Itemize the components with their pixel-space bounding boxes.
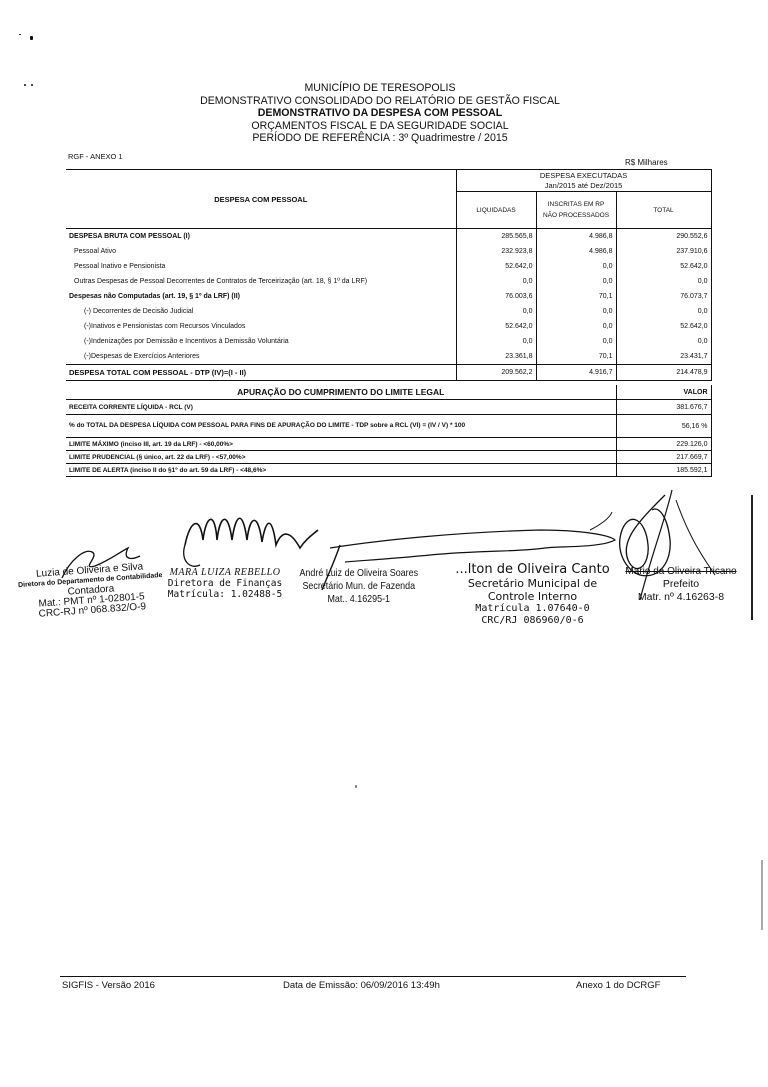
- handwritten-signatures: [0, 0, 768, 1087]
- signature-block-finance-director: MARA LUIZA REBELLO Diretora de Finanças …: [160, 567, 290, 600]
- signatory-registration: Matrícula: 1.02488-5: [160, 589, 290, 600]
- signatory-name: Mario da Oliveira Tricano: [606, 565, 756, 578]
- footer-emission-date: Data de Emissão: 06/09/2016 13:49h: [283, 980, 440, 991]
- signatory-name: André Luiz de Oliveira Soares: [295, 567, 423, 580]
- signatory-name: ...lton de Oliveira Canto: [450, 562, 615, 577]
- signatory-name: MARA LUIZA REBELLO: [160, 567, 290, 578]
- signatory-title: Diretora de Finanças: [160, 578, 290, 589]
- signatory-title: Secretário Mun. de Fazenda: [295, 580, 423, 593]
- signature-block-internal-control: ...lton de Oliveira Canto Secretário Mun…: [450, 562, 615, 627]
- signatory-department: Controle Interno: [450, 590, 615, 603]
- scan-edge: [761, 860, 763, 930]
- signatory-registration: Mat.. 4.16295-1: [295, 593, 423, 606]
- footer-annex: Anexo 1 do DCRGF: [576, 980, 660, 991]
- signature-block-contadora: Luzia de Oliveira e Silva Diretora do De…: [14, 561, 167, 621]
- signatory-title: Secretário Municipal de: [450, 577, 615, 590]
- scan-speck: [355, 785, 357, 788]
- signatory-registration: Matr. nº 4.16263-8: [606, 591, 756, 604]
- signatory-title: Prefeito: [606, 578, 756, 591]
- footer-system-version: SIGFIS - Versão 2016: [62, 980, 155, 991]
- signatory-crc: CRC/RJ 086960/0-6: [450, 615, 615, 627]
- signatory-registration: Matrícula 1.07640-0: [450, 603, 615, 615]
- footer-divider: [60, 976, 686, 977]
- signature-block-finance-secretary: André Luiz de Oliveira Soares Secretário…: [295, 567, 423, 606]
- signature-block-mayor: Mario da Oliveira Tricano Prefeito Matr.…: [606, 565, 756, 604]
